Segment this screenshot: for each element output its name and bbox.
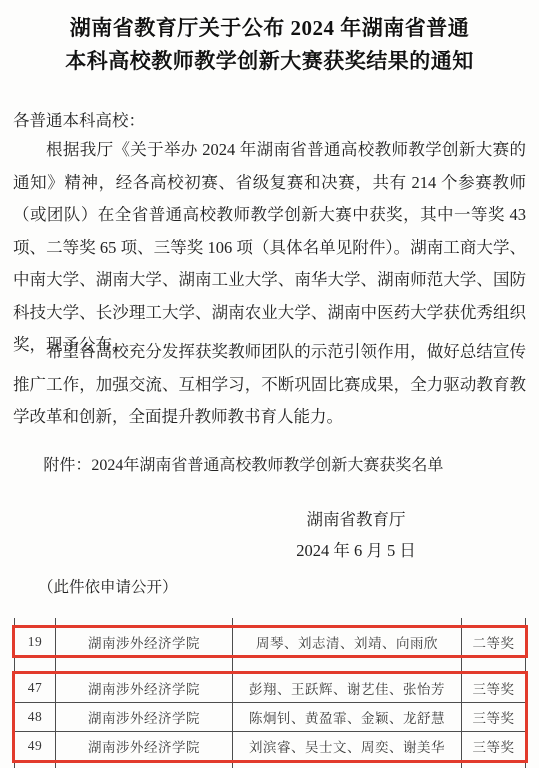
cell-award: 三等奖 xyxy=(462,674,525,702)
table-row: 48 湖南涉外经济学院 陈炯钊、黄盈霏、金颖、龙舒慧 三等奖 xyxy=(15,702,525,731)
cell-school: 湖南涉外经济学院 xyxy=(56,703,233,731)
column-line xyxy=(233,658,462,671)
signer-name: 湖南省教育厅 xyxy=(258,504,454,535)
column-line xyxy=(15,763,56,768)
cell-award: 三等奖 xyxy=(462,732,525,760)
table-row: 49 湖南涉外经济学院 刘滨睿、吴士文、周奕、谢美华 三等奖 xyxy=(15,731,525,760)
notice-document-page: 湖南省教育厅关于公布 2024 年湖南省普通 本科高校教师教学创新大赛获奖结果的… xyxy=(0,0,539,768)
notice-title: 湖南省教育厅关于公布 2024 年湖南省普通 本科高校教师教学创新大赛获奖结果的… xyxy=(26,12,513,78)
disclosure-note: （此件依申请公开） xyxy=(38,575,178,597)
cell-rank: 19 xyxy=(15,628,56,655)
column-line xyxy=(56,763,233,768)
table-row: 19 湖南涉外经济学院 周琴、刘志清、刘靖、向雨欣 二等奖 xyxy=(15,628,525,655)
cell-rank: 48 xyxy=(15,703,56,731)
highlight-box-row-19: 19 湖南涉外经济学院 周琴、刘志清、刘靖、向雨欣 二等奖 xyxy=(12,625,528,658)
attachment-line: 附件：2024年湖南省普通高校教师教学创新大赛获奖名单 xyxy=(13,452,525,475)
highlight-box-rows-47-49: 47 湖南涉外经济学院 彭翔、王跃辉、谢艺佳、张怡芳 三等奖 48 湖南涉外经济… xyxy=(12,671,528,763)
issue-date: 2024 年 6 月 5 日 xyxy=(258,535,454,566)
cell-members: 彭翔、王跃辉、谢艺佳、张怡芳 xyxy=(233,674,462,702)
cell-award: 三等奖 xyxy=(462,703,525,731)
column-line xyxy=(462,658,525,671)
cell-rank: 47 xyxy=(15,674,56,702)
salutation: 各普通本科高校： xyxy=(13,107,525,131)
cell-rank: 49 xyxy=(15,732,56,760)
notice-title-line-2: 本科高校教师教学创新大赛获奖结果的通知 xyxy=(26,45,513,78)
cell-award: 二等奖 xyxy=(462,628,525,655)
table-continuation-lines-bottom xyxy=(14,763,526,768)
column-line xyxy=(233,618,462,625)
table-continuation-lines-middle xyxy=(14,658,526,671)
awards-table: 19 湖南涉外经济学院 周琴、刘志清、刘靖、向雨欣 二等奖 47 湖南涉外经济学… xyxy=(12,618,528,768)
column-line xyxy=(15,618,56,625)
table-continuation-lines-top xyxy=(14,618,526,625)
table-row: 47 湖南涉外经济学院 彭翔、王跃辉、谢艺佳、张怡芳 三等奖 xyxy=(15,674,525,702)
column-line xyxy=(56,658,233,671)
cell-members: 周琴、刘志清、刘靖、向雨欣 xyxy=(233,628,462,655)
column-line xyxy=(56,618,233,625)
column-line xyxy=(462,763,525,768)
notice-title-line-1: 湖南省教育厅关于公布 2024 年湖南省普通 xyxy=(26,12,513,45)
signature-block: 湖南省教育厅 2024 年 6 月 5 日 xyxy=(258,504,454,566)
column-line xyxy=(15,658,56,671)
column-line xyxy=(233,763,462,768)
cell-members: 刘滨睿、吴士文、周奕、谢美华 xyxy=(233,732,462,760)
cell-school: 湖南涉外经济学院 xyxy=(56,674,233,702)
body-paragraph-1: 根据我厅《关于举办 2024 年湖南省普通高校教师教学创新大赛的通知》精神，经各… xyxy=(13,134,526,362)
cell-school: 湖南涉外经济学院 xyxy=(56,628,233,655)
body-paragraph-2: 希望各高校充分发挥获奖教师团队的示范引领作用，做好总结宣传推广工作，加强交流、互… xyxy=(13,336,526,434)
cell-school: 湖南涉外经济学院 xyxy=(56,732,233,760)
cell-members: 陈炯钊、黄盈霏、金颖、龙舒慧 xyxy=(233,703,462,731)
column-line xyxy=(462,618,525,625)
